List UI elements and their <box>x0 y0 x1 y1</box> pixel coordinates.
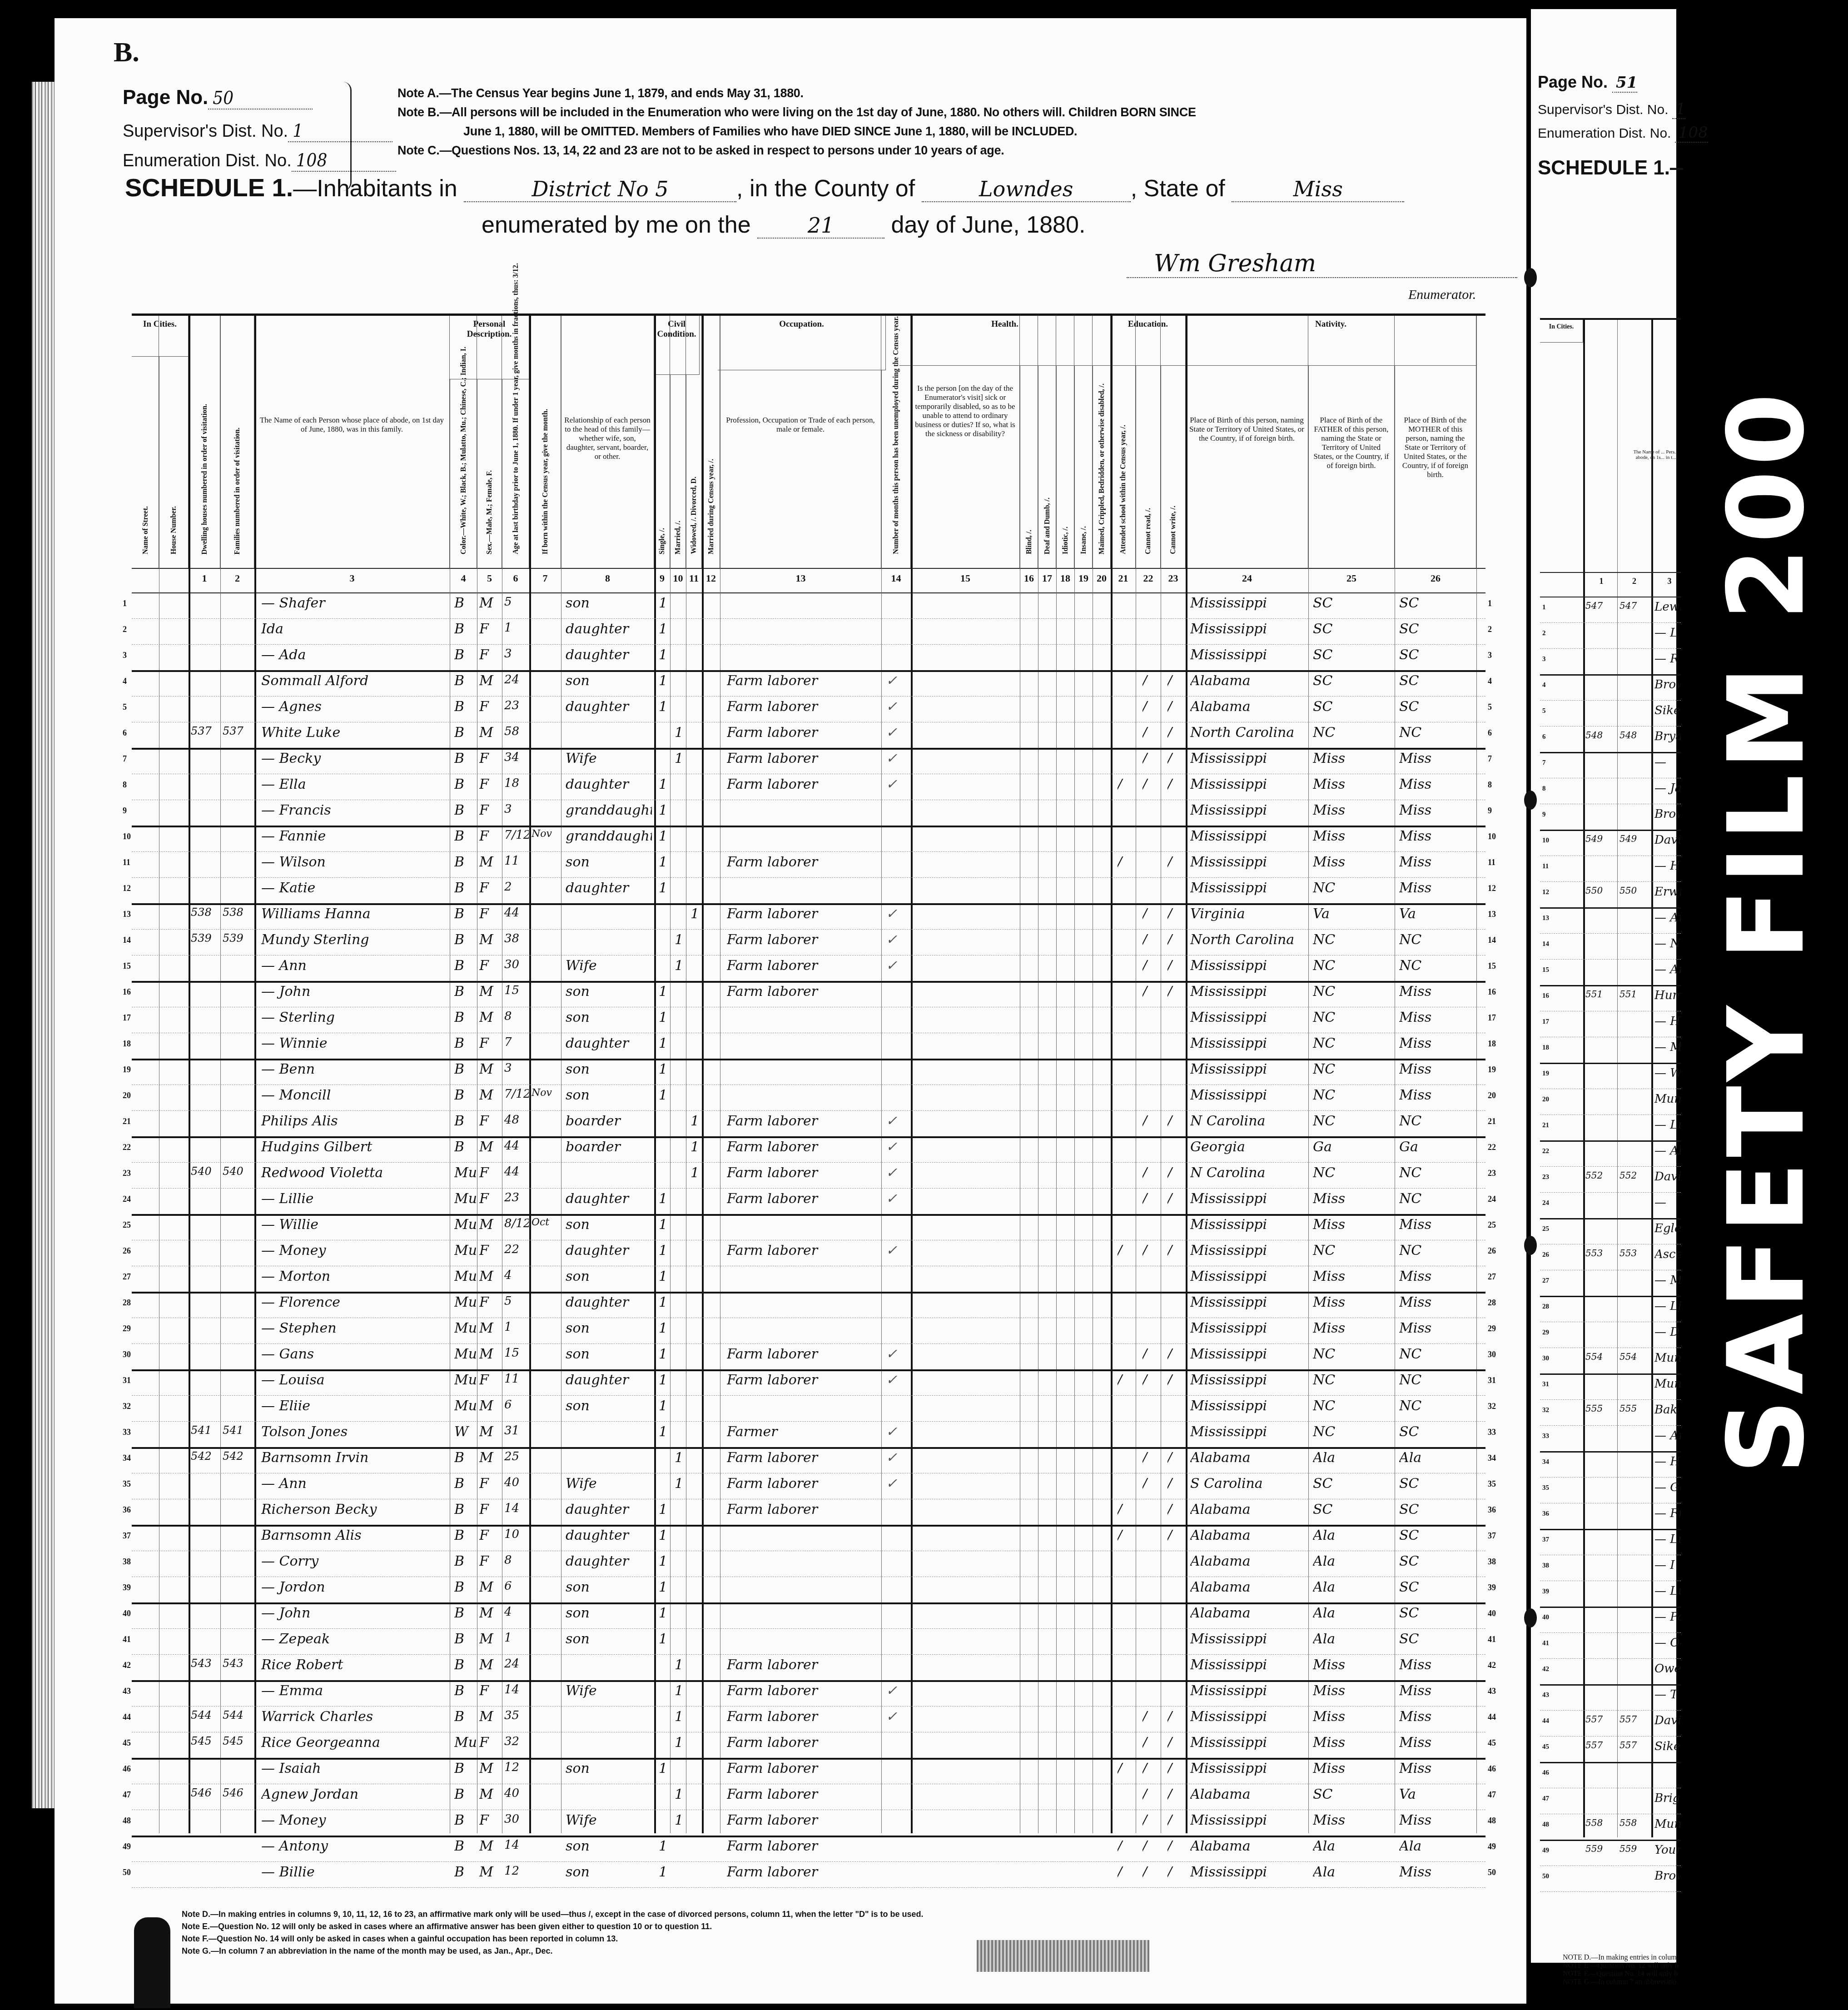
line-number: 29 <box>1488 1324 1496 1333</box>
married-mark: 1 <box>675 1657 686 1673</box>
birthplace-value: Mississippi <box>1190 1061 1306 1077</box>
person-name: — He <box>1654 1015 1681 1028</box>
next-page-row: 13 — Ama <box>1540 907 1681 934</box>
family-number: 557 <box>1619 1714 1637 1725</box>
age-value: 1 <box>504 621 529 635</box>
sex-value: M <box>479 673 501 689</box>
mother-birthplace-value: Miss <box>1399 1087 1474 1103</box>
mother-birthplace-value: Ala <box>1399 1450 1474 1466</box>
birthplace-value: Mississippi <box>1190 1243 1306 1259</box>
header-col-23: Cannot write, /. <box>1161 316 1186 568</box>
relationship-value: Wife <box>566 751 652 766</box>
header-house-number: House Number. <box>159 316 189 568</box>
enumerated-label: enumerated by me on the <box>482 212 751 238</box>
relationship-value: son <box>566 1838 652 1854</box>
page-no-value: 50 <box>208 88 313 109</box>
column-number: 23 <box>1161 572 1186 584</box>
age-value: 7 <box>504 1035 529 1049</box>
line-number-left: 46 <box>123 1764 131 1774</box>
header-text: Married during Census year, /. <box>707 459 715 554</box>
dwelling-number: 557 <box>1585 1740 1603 1751</box>
line-number: 38 <box>1542 1562 1549 1570</box>
person-name: — Becky <box>261 751 447 766</box>
header-col-6: Age at last birthday prior to June 1, 18… <box>502 316 529 568</box>
mother-birthplace-value: Miss <box>1399 1683 1474 1699</box>
line-number: 14 <box>1542 940 1549 948</box>
checkmark-icon: ✓ <box>886 1450 909 1466</box>
age-value: 7/12 <box>504 1087 529 1101</box>
column-number: 6 <box>502 572 529 584</box>
line-number-left: 27 <box>123 1272 131 1282</box>
note-b-line2: June 1, 1880, will be OMITTED. Members o… <box>463 124 1077 139</box>
sex-value: F <box>479 880 501 896</box>
sex-value: M <box>479 1709 501 1725</box>
sex-value: M <box>479 1320 501 1336</box>
cannot-read-mark: / <box>1143 1372 1156 1388</box>
age-value: 11 <box>504 854 529 868</box>
cannot-write-mark: / <box>1167 699 1181 715</box>
relationship-value: son <box>566 1631 652 1647</box>
next-note-f: NOTE F.—Question No. 14 will only b <box>1563 1970 1679 1978</box>
checkmark-icon: ✓ <box>886 699 909 715</box>
table-row: — Morton Mu M 4 son 1 Mississippi Miss M… <box>132 1266 1485 1294</box>
line-number: 48 <box>1542 1821 1549 1829</box>
line-number-left: 9 <box>123 806 127 816</box>
color-value: B <box>454 906 476 922</box>
person-name: Ascew <box>1654 1248 1681 1261</box>
dwelling-number: 547 <box>1585 600 1603 611</box>
line-number: 36 <box>1542 1510 1549 1518</box>
father-birthplace-value: NC <box>1313 1424 1392 1440</box>
relationship-value: daughter <box>566 1372 652 1388</box>
person-name: Philips Alis <box>261 1113 447 1129</box>
line-number-left: 3 <box>123 651 127 660</box>
person-name: — Lu <box>1654 1584 1681 1598</box>
line-number: 16 <box>1488 987 1496 997</box>
color-value: Mu <box>454 1735 476 1751</box>
occupation-value: Farm laborer <box>727 1476 879 1492</box>
birthplace-value: Alabama <box>1190 1450 1306 1466</box>
line-number: 41 <box>1488 1635 1496 1644</box>
line-number: 12 <box>1488 884 1496 893</box>
mother-birthplace-value: Miss <box>1399 880 1474 896</box>
occupation-value: Farm laborer <box>727 1812 879 1828</box>
single-mark: 1 <box>659 621 670 637</box>
father-birthplace-value: Miss <box>1313 1191 1392 1207</box>
color-value: Mu <box>454 1269 476 1284</box>
column-number: 24 <box>1186 572 1308 584</box>
line-number-left: 20 <box>123 1091 131 1100</box>
person-name: — Moncill <box>261 1087 447 1103</box>
mother-birthplace-value: NC <box>1399 1113 1474 1129</box>
line-number-left: 18 <box>123 1039 131 1049</box>
table-row: — Billie B M 12 son 1 Farm laborer / / /… <box>132 1861 1485 1888</box>
birthplace-value: Alabama <box>1190 1553 1306 1569</box>
age-value: 34 <box>504 751 529 764</box>
line-number: 29 <box>1542 1329 1549 1337</box>
person-name: — <box>1654 1196 1681 1209</box>
line-number-left: 19 <box>123 1065 131 1075</box>
table-row: — Lillie Mu F 23 daughter 1 Farm laborer… <box>132 1188 1485 1216</box>
line-number: 46 <box>1488 1764 1496 1774</box>
sex-value: M <box>479 595 501 611</box>
person-name: — Wilson <box>261 854 447 870</box>
line-number: 35 <box>1542 1484 1549 1492</box>
header-col-21: Attended school within the Census year, … <box>1111 316 1136 568</box>
cannot-read-mark: / <box>1143 1838 1156 1854</box>
family-number: 538 <box>223 906 253 919</box>
cannot-write-mark: / <box>1167 984 1181 1000</box>
married-mark: 1 <box>675 1786 686 1802</box>
line-number: 18 <box>1488 1039 1496 1049</box>
next-page-row: 41 — Oc <box>1540 1632 1681 1659</box>
header-text: If born within the Census year, give the… <box>541 409 549 554</box>
line-number: 6 <box>1542 733 1546 741</box>
family-number: 554 <box>1619 1351 1637 1362</box>
checkmark-icon: ✓ <box>886 776 909 792</box>
line-number: 4 <box>1542 682 1546 689</box>
color-value: B <box>454 1527 476 1543</box>
line-number: 2 <box>1542 630 1546 637</box>
person-name: — Ella <box>261 776 447 792</box>
line-number: 26 <box>1488 1246 1496 1256</box>
person-name: Barnsomn Irvin <box>261 1450 447 1466</box>
person-name: — Ja <box>1654 781 1681 795</box>
sex-value: M <box>479 932 501 948</box>
binder-ring-icon <box>1524 1236 1537 1255</box>
married-mark: 1 <box>675 1683 686 1699</box>
school-mark: / <box>1118 1838 1131 1854</box>
family-number: 551 <box>1619 989 1637 1000</box>
age-value: 48 <box>504 1113 529 1127</box>
relationship-value: granddaughter <box>566 828 652 844</box>
mother-birthplace-value: SC <box>1399 595 1474 611</box>
line-number-left: 22 <box>123 1143 131 1152</box>
cannot-write-mark: / <box>1167 958 1181 974</box>
next-page-row: 12 550 550 Erwin Ann <box>1540 881 1681 909</box>
table-row: Richerson Becky B F 14 daughter 1 Farm l… <box>132 1499 1485 1527</box>
table-row: — Winnie B F 7 daughter 1 Mississippi NC… <box>132 1033 1485 1060</box>
age-value: 35 <box>504 1709 529 1722</box>
cannot-read-mark: / <box>1143 1113 1156 1129</box>
age-value: 5 <box>504 1294 529 1308</box>
family-number: 544 <box>223 1709 253 1721</box>
mother-birthplace-value: Miss <box>1399 1269 1474 1284</box>
age-value: 7/12 <box>504 828 529 842</box>
birthplace-value: Mississippi <box>1190 621 1306 637</box>
married-mark: 1 <box>675 1735 686 1751</box>
line-number: 1 <box>1488 599 1492 608</box>
header-text: Attended school within the Census year, … <box>1119 425 1127 554</box>
birthplace-value: Mississippi <box>1190 1864 1306 1880</box>
state-value: Miss <box>1232 177 1404 202</box>
line-number: 47 <box>1488 1790 1496 1800</box>
checkmark-icon: ✓ <box>886 1424 909 1440</box>
dwelling-number: 543 <box>191 1657 219 1670</box>
binder-ring-icon <box>1524 268 1537 287</box>
person-name: — Shafer <box>261 595 447 611</box>
birthplace-value: Mississippi <box>1190 1424 1306 1440</box>
father-birthplace-value: Miss <box>1313 776 1392 792</box>
line-number-left: 5 <box>123 702 127 712</box>
line-number-left: 26 <box>123 1246 131 1256</box>
school-mark: / <box>1118 1527 1131 1543</box>
single-mark: 1 <box>659 1864 670 1880</box>
next-page-row: 33 — An <box>1540 1425 1681 1453</box>
line-number: 1 <box>1542 604 1546 612</box>
line-number-left: 39 <box>123 1583 131 1592</box>
school-mark: / <box>1118 1761 1131 1776</box>
sex-value: M <box>479 1061 501 1077</box>
person-name: — D <box>1654 1325 1681 1339</box>
cannot-read-mark: / <box>1143 958 1156 974</box>
father-birthplace-value: NC <box>1313 880 1392 896</box>
single-mark: 1 <box>659 699 670 715</box>
single-mark: 1 <box>659 1243 670 1259</box>
mother-birthplace-value: NC <box>1399 1191 1474 1207</box>
person-name: Brown <box>1654 807 1681 821</box>
person-name: Richerson Becky <box>261 1502 447 1517</box>
next-page-row: 4 Brown <box>1540 674 1681 701</box>
table-row: — Benn B M 3 son 1 Mississippi NC Miss 1… <box>132 1059 1485 1085</box>
father-birthplace-value: SC <box>1313 699 1392 715</box>
color-value: B <box>454 880 476 896</box>
age-value: 4 <box>504 1269 529 1282</box>
person-name: — T <box>1654 1688 1681 1702</box>
table-row: Hudgins Gilbert B M 44 boarder 1 Farm la… <box>132 1136 1485 1163</box>
next-page-row: 24 — <box>1540 1192 1681 1219</box>
sex-value: M <box>479 1838 501 1854</box>
relationship-value: Wife <box>566 1476 652 1492</box>
mother-birthplace-value: Miss <box>1399 1761 1474 1776</box>
checkmark-icon: ✓ <box>886 1191 909 1207</box>
person-name: Owens <box>1654 1662 1681 1676</box>
sex-value: F <box>479 1735 501 1751</box>
single-mark: 1 <box>659 880 670 896</box>
sex-value: F <box>479 1294 501 1310</box>
married-mark: 1 <box>675 1450 686 1466</box>
person-name: — Oc <box>1654 1636 1681 1650</box>
cannot-write-mark: / <box>1167 1735 1181 1751</box>
mother-birthplace-value: SC <box>1399 1553 1474 1569</box>
line-number: 7 <box>1542 759 1546 767</box>
single-mark: 1 <box>659 776 670 792</box>
mother-birthplace-value: SC <box>1399 621 1474 637</box>
schedule-label: SCHEDULE 1. <box>125 173 293 202</box>
color-value: B <box>454 1864 476 1880</box>
color-value: Mu <box>454 1191 476 1207</box>
line-number: 28 <box>1488 1298 1496 1308</box>
line-number: 25 <box>1488 1220 1496 1230</box>
age-value: 30 <box>504 1812 529 1826</box>
line-number: 8 <box>1542 785 1546 793</box>
married-mark: 1 <box>675 958 686 974</box>
person-name: Agnew Jordan <box>261 1786 447 1802</box>
sex-value: M <box>479 1631 501 1647</box>
line-number: 30 <box>1488 1350 1496 1359</box>
cannot-write-mark: / <box>1167 673 1181 689</box>
father-birthplace-value: Miss <box>1313 1735 1392 1751</box>
person-name: Mundy <box>1654 1817 1681 1831</box>
father-birthplace-value: NC <box>1313 1113 1392 1129</box>
person-name: Bak <box>1654 1403 1681 1417</box>
cannot-read-mark: / <box>1143 1761 1156 1776</box>
married-mark: 1 <box>675 725 686 741</box>
sex-value: F <box>479 958 501 974</box>
birthplace-value: S Carolina <box>1190 1476 1306 1492</box>
father-birthplace-value: Miss <box>1313 1657 1392 1673</box>
dwelling-number: 544 <box>191 1709 219 1721</box>
line-number-left: 4 <box>123 677 127 686</box>
father-birthplace-value: Ala <box>1313 1838 1392 1854</box>
family-number: 558 <box>1619 1817 1637 1828</box>
dwelling-number: 539 <box>191 932 219 945</box>
line-number: 6 <box>1488 728 1492 738</box>
line-number-left: 13 <box>123 910 131 919</box>
table-row: 539 539 Mundy Sterling B M 38 1 Farm lab… <box>132 929 1485 955</box>
column-number: 12 <box>702 572 720 584</box>
single-mark: 1 <box>659 1527 670 1543</box>
person-name: — Francis <box>261 802 447 818</box>
occupation-value: Farm laborer <box>727 854 879 870</box>
table-row: 545 545 Rice Georgeanna Mu F 32 1 Farm l… <box>132 1732 1485 1760</box>
mother-birthplace-value: Miss <box>1399 1010 1474 1025</box>
father-birthplace-value: Ala <box>1313 1864 1392 1880</box>
table-row: Barnsomn Alis B F 10 daughter 1 / / Alab… <box>132 1525 1485 1551</box>
birthplace-value: Mississippi <box>1190 984 1306 1000</box>
color-value: Mu <box>454 1217 476 1233</box>
person-name: — John <box>261 1605 447 1621</box>
birthplace-value: Mississippi <box>1190 854 1306 870</box>
occupation-value: Farm laborer <box>727 1502 879 1517</box>
color-value: B <box>454 1502 476 1517</box>
relationship-value: daughter <box>566 699 652 715</box>
header-text: Name of Street. <box>141 506 149 554</box>
relationship-value: boarder <box>566 1139 652 1155</box>
table-row: — Corry B F 8 daughter 1 Alabama Ala SC … <box>132 1551 1485 1577</box>
person-name: Ida <box>261 621 447 637</box>
header-col-12: Married during Census year, /. <box>702 316 720 568</box>
header-col-7: If born within the Census year, give the… <box>529 316 561 568</box>
next-enumeration-label: Enumeration Dist. No. <box>1538 126 1671 141</box>
line-number: 37 <box>1542 1536 1549 1544</box>
table-row: 544 544 Warrick Charles B M 35 1 Farm la… <box>132 1706 1485 1732</box>
census-table: In Cities. Personal Description. Civil C… <box>132 313 1485 1833</box>
single-mark: 1 <box>659 595 670 611</box>
occupation-value: Farm laborer <box>727 1165 879 1181</box>
line-number-left: 44 <box>123 1712 131 1722</box>
person-name: Warrick Charles <box>261 1709 447 1725</box>
next-page-table: In Cities. The Name of ... Pers... abode… <box>1540 318 1681 1837</box>
checkmark-icon: ✓ <box>886 1113 909 1129</box>
line-number: 24 <box>1488 1194 1496 1204</box>
cannot-write-mark: / <box>1167 725 1181 741</box>
dwelling-number: 550 <box>1585 885 1603 896</box>
cannot-write-mark: / <box>1167 751 1181 766</box>
checkmark-icon: ✓ <box>886 673 909 689</box>
single-mark: 1 <box>659 673 670 689</box>
age-value: 1 <box>504 1320 529 1334</box>
age-value: 15 <box>504 984 529 997</box>
father-birthplace-value: NC <box>1313 1398 1392 1414</box>
person-name: — Louisa <box>261 1372 447 1388</box>
header-col-2: Families numbered in order of visitation… <box>220 316 254 568</box>
next-page-row: 47 Brig <box>1540 1788 1681 1814</box>
occupation-value: Farm laborer <box>727 1709 879 1725</box>
family-number: 547 <box>1619 600 1637 611</box>
header-text: Families numbered in order of visitation… <box>233 428 241 554</box>
line-number: 19 <box>1488 1065 1496 1075</box>
line-number: 19 <box>1542 1070 1549 1078</box>
line-number: 35 <box>1488 1479 1496 1489</box>
column-number: 19 <box>1074 572 1093 584</box>
age-value: 8 <box>504 1010 529 1023</box>
county-value: Lowndes <box>922 177 1131 202</box>
color-value: B <box>454 854 476 870</box>
cannot-write-mark: / <box>1167 1372 1181 1388</box>
column-number: 18 <box>1056 572 1074 584</box>
next-page-no-value: 51 <box>1612 74 1637 93</box>
line-number-left: 28 <box>123 1298 131 1308</box>
line-number: 30 <box>1542 1355 1549 1363</box>
person-name: — Mo <box>1654 1040 1681 1054</box>
person-name: — Katie <box>261 880 447 896</box>
table-row: — Sterling B M 8 son 1 Mississippi NC Mi… <box>132 1007 1485 1033</box>
relationship-value: daughter <box>566 1553 652 1569</box>
sex-value: F <box>479 621 501 637</box>
age-value: 2 <box>504 880 529 894</box>
birthplace-value: Mississippi <box>1190 1035 1306 1051</box>
line-number: 23 <box>1488 1169 1496 1178</box>
column-number: 11 <box>686 572 702 584</box>
column-number: 2 <box>220 572 254 584</box>
color-value: Mu <box>454 1243 476 1259</box>
birthplace-value: Georgia <box>1190 1139 1306 1155</box>
person-name: — Stephen <box>261 1320 447 1336</box>
person-name: Mundy Ja <box>1654 1092 1681 1106</box>
family-number: 548 <box>1619 730 1637 741</box>
person-name: — Ann <box>261 1476 447 1492</box>
checkmark-icon: ✓ <box>886 1139 909 1155</box>
header-col-20: Maimed, Crippled, Bedridden, or otherwis… <box>1093 316 1111 568</box>
line-number: 40 <box>1488 1609 1496 1618</box>
line-number-left: 30 <box>123 1350 131 1359</box>
family-number: 552 <box>1619 1170 1637 1181</box>
sex-value: M <box>479 1346 501 1362</box>
header-col-5: Sex.—Male, M.; Female, F. <box>477 316 502 568</box>
enumeration-day-value: 21 <box>757 213 884 239</box>
birthplace-value: Alabama <box>1190 673 1306 689</box>
header-col-9: Single, /. <box>654 316 670 568</box>
father-birthplace-value: NC <box>1313 1010 1392 1025</box>
relationship-value: son <box>566 1217 652 1233</box>
age-value: 44 <box>504 1165 529 1179</box>
cannot-read-mark: / <box>1143 984 1156 1000</box>
relationship-value: son <box>566 1761 652 1776</box>
sex-value: F <box>479 751 501 766</box>
checkmark-icon: ✓ <box>886 1709 909 1725</box>
table-row: — Becky B F 34 Wife 1 Farm laborer ✓ / /… <box>132 748 1485 774</box>
person-name: Mundy Sterling <box>261 932 447 948</box>
line-number: 9 <box>1542 811 1546 819</box>
table-row: Philips Alis B F 48 boarder 1 Farm labor… <box>132 1110 1485 1138</box>
person-name: — Neoma <box>1654 937 1681 950</box>
header-col-25: Place of Birth of the FATHER of this per… <box>1308 316 1395 568</box>
dwelling-number: 549 <box>1585 833 1603 844</box>
line-number-left: 15 <box>123 961 131 971</box>
line-number-left: 42 <box>123 1661 131 1670</box>
age-value: 24 <box>504 1657 529 1671</box>
